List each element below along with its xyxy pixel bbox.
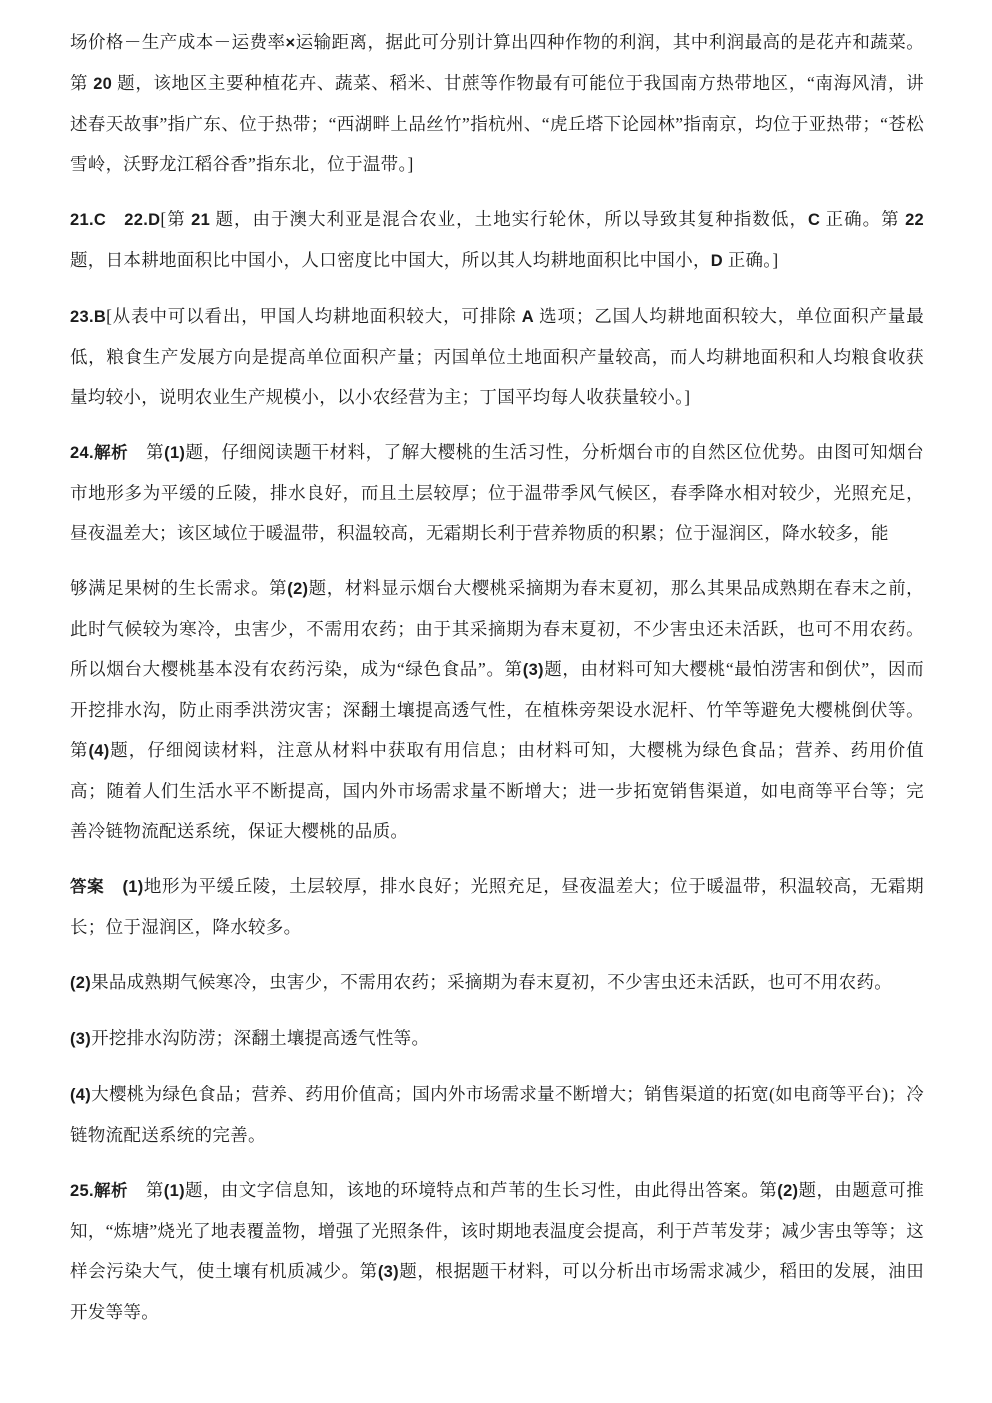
bold-text-run: 24. bbox=[70, 444, 94, 462]
bold-text-run: A bbox=[522, 308, 534, 326]
text-run: 开挖排水沟防涝；深翻土壤提高透气性等。 bbox=[91, 1028, 429, 1048]
text-run: 正确。] bbox=[723, 250, 778, 270]
bold-text-run: 解析 bbox=[94, 444, 128, 462]
text-run: 题，仔细阅读材料，注意从材料中获取有用信息；由材料可知，大樱桃为绿色食品；营养、… bbox=[70, 740, 924, 841]
answer-23: 23.B[从表中可以看出，甲国人均耕地面积较大，可排除 A 选项；乙国人均耕地面… bbox=[70, 296, 924, 417]
bold-text-run: (4) bbox=[89, 742, 110, 760]
bold-text-run: 答案 bbox=[70, 878, 104, 896]
bold-text-run: (1) bbox=[122, 878, 143, 896]
analysis-25: 25.解析 第(1)题，由文字信息知，该地的环境特点和芦苇的生长习性，由此得出答… bbox=[70, 1170, 924, 1332]
text-run bbox=[104, 876, 122, 896]
analysis-24: 24.解析 第(1)题，仔细阅读题干材料，了解大樱桃的生活习性，分析烟台市的自然… bbox=[70, 432, 924, 553]
text-run: 大樱桃为绿色食品；营养、药用价值高；国内外市场需求量不断增大；销售渠道的拓宽(如… bbox=[70, 1084, 924, 1145]
bold-text-run: 21 bbox=[191, 211, 210, 229]
text-run: 题，仔细阅读题干材料，了解大樱桃的生活习性，分析烟台市的自然区位优势。由图可知烟… bbox=[70, 442, 924, 543]
text-run: 第 bbox=[128, 442, 164, 462]
answer-21-22: 21.C 22.D[第 21 题，由于澳大利亚是混合农业，土地实行轮休，所以导致… bbox=[70, 199, 924, 281]
bold-text-run: (1) bbox=[164, 1182, 185, 1200]
text-run: [从表中可以看出，甲国人均耕地面积较大，可排除 bbox=[106, 306, 522, 326]
text-run: [第 bbox=[160, 209, 191, 229]
bold-text-run: C bbox=[808, 211, 820, 229]
bold-text-run: (2) bbox=[287, 580, 308, 598]
bold-text-run: (2) bbox=[777, 1182, 798, 1200]
text-run: 题，该地区主要种植花卉、蔬菜、稻米、甘蔗等作物最有可能位于我国南方热带地区，“南… bbox=[70, 73, 924, 174]
bold-text-run: (3) bbox=[523, 661, 544, 679]
bold-text-run: (3) bbox=[70, 1030, 91, 1048]
bold-text-run: 23.B bbox=[70, 308, 106, 326]
text-run: 果品成熟期气候寒冷，虫害少，不需用农药；采摘期为春末夏初，不少害虫还未活跃，也可… bbox=[91, 972, 892, 992]
bold-text-run: 21.C 22.D bbox=[70, 211, 160, 229]
bold-text-run: (4) bbox=[70, 1086, 91, 1104]
text-run: 够满足果树的生长需求。第 bbox=[70, 578, 287, 598]
bold-text-run: 20 bbox=[93, 75, 112, 93]
answer-24-part-2: (2)果品成熟期气候寒冷，虫害少，不需用农药；采摘期为春末夏初，不少害虫还未活跃… bbox=[70, 962, 924, 1003]
bold-text-run: 25. bbox=[70, 1182, 94, 1200]
text-run: 场价格－生产成本－运费率 bbox=[70, 32, 286, 52]
text-run: 题，日本耕地面积比中国小，人口密度比中国大，所以其人均耕地面积比中国小， bbox=[70, 250, 711, 270]
bold-text-run: (1) bbox=[164, 444, 185, 462]
bold-text-run: × bbox=[286, 34, 296, 52]
bold-text-run: 22 bbox=[905, 211, 924, 229]
bold-text-run: 解析 bbox=[94, 1182, 128, 1200]
text-run: 第 bbox=[128, 1180, 164, 1200]
bold-text-run: (3) bbox=[378, 1263, 399, 1281]
document-body: 场价格－生产成本－运费率×运输距离，据此可分别计算出四种作物的利润，其中利润最高… bbox=[70, 22, 924, 1332]
text-run: 题，由于澳大利亚是混合农业，土地实行轮休，所以导致其复种指数低， bbox=[210, 209, 808, 229]
analysis-24-continued: 够满足果树的生长需求。第(2)题，材料显示烟台大樱桃采摘期为春末夏初，那么其果品… bbox=[70, 568, 924, 851]
explanation-20: 场价格－生产成本－运费率×运输距离，据此可分别计算出四种作物的利润，其中利润最高… bbox=[70, 22, 924, 184]
answer-24-part-3: (3)开挖排水沟防涝；深翻土壤提高透气性等。 bbox=[70, 1018, 924, 1059]
bold-text-run: D bbox=[711, 252, 723, 270]
text-run: 地形为平缓丘陵，土层较厚，排水良好；光照充足，昼夜温差大；位于暖温带，积温较高，… bbox=[70, 876, 924, 937]
answer-24-part-4: (4)大樱桃为绿色食品；营养、药用价值高；国内外市场需求量不断增大；销售渠道的拓… bbox=[70, 1074, 924, 1155]
document-page: 场价格－生产成本－运费率×运输距离，据此可分别计算出四种作物的利润，其中利润最高… bbox=[0, 0, 992, 1403]
text-run: 题，由文字信息知，该地的环境特点和芦苇的生长习性，由此得出答案。第 bbox=[185, 1180, 777, 1200]
text-run: 正确。第 bbox=[820, 209, 905, 229]
answer-24-part-1: 答案 (1)地形为平缓丘陵，土层较厚，排水良好；光照充足，昼夜温差大；位于暖温带… bbox=[70, 866, 924, 947]
bold-text-run: (2) bbox=[70, 974, 91, 992]
